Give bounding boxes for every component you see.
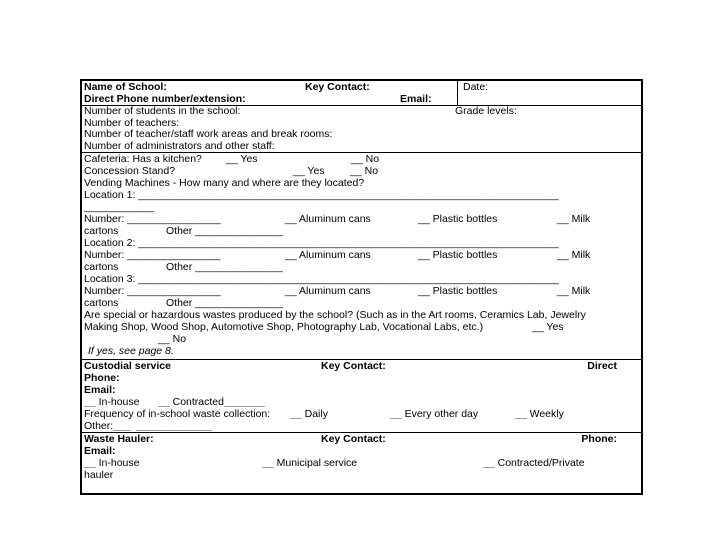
checkbox-blank[interactable]: __	[350, 165, 362, 177]
checkbox-blank[interactable]: __	[418, 285, 430, 297]
checkbox-blank[interactable]: __	[557, 249, 569, 261]
form-header-section: Name of School: Key Contact: Direct Phon…	[82, 81, 641, 105]
hazardous-no-option[interactable]: __ No	[158, 333, 186, 345]
number-label: Number:	[84, 249, 124, 261]
hauler-email-row: Email:	[82, 445, 641, 457]
inhouse-label: In-house	[99, 396, 140, 408]
other-option: Other _______________	[166, 261, 283, 273]
plastic-bottles-label: Plastic bottles	[433, 285, 498, 297]
concession-row: Concession Stand? __ Yes __ No	[82, 165, 641, 177]
yes-label: Yes	[240, 153, 257, 165]
location2-number-row: Number: ________________ __ Aluminum can…	[82, 249, 641, 261]
checkbox-blank[interactable]: __	[532, 321, 544, 333]
location1-blank-field[interactable]: ________________________________________…	[138, 189, 558, 201]
hauler-inhouse-option[interactable]: __ In-house	[84, 457, 139, 469]
milk-label: Milk	[572, 213, 591, 225]
plastic-bottles-option[interactable]: __ Plastic bottles	[418, 249, 497, 261]
teachers-label: Number of teachers:	[84, 117, 179, 129]
hauler-type-row: __ In-house __ Municipal service __ Cont…	[82, 457, 641, 469]
location3-label: Location 3:	[84, 273, 135, 285]
checkbox-blank[interactable]: __	[285, 285, 297, 297]
custodial-phone-label: Phone:	[84, 372, 120, 384]
concession-yes-option[interactable]: __ Yes	[293, 165, 325, 177]
checkbox-blank[interactable]: __	[557, 285, 569, 297]
aluminum-cans-label: Aluminum cans	[299, 213, 371, 225]
checkbox-blank[interactable]: __	[285, 249, 297, 261]
cartons-wrap-label: cartons	[84, 225, 118, 237]
checkbox-blank[interactable]: __	[285, 213, 297, 225]
custodial-key-contact-label: Key Contact:	[321, 360, 386, 372]
daily-option[interactable]: __ Daily	[290, 408, 328, 420]
checkbox-blank[interactable]: __	[515, 408, 527, 420]
custodial-email-row: Email:	[82, 384, 641, 396]
custodial-title: Custodial service	[84, 360, 171, 372]
milk-label: Milk	[572, 285, 591, 297]
contracted-private-option[interactable]: __ Contracted/Private	[483, 457, 585, 469]
custodial-title-row: Custodial service Key Contact: Direct	[82, 360, 641, 372]
hazardous-question-text: Are special or hazardous wastes produced…	[84, 309, 586, 321]
checkbox-blank[interactable]: __	[557, 213, 569, 225]
custodial-section: Custodial service Key Contact: Direct Ph…	[82, 359, 641, 432]
municipal-service-label: Municipal service	[277, 457, 358, 469]
number-blank-field[interactable]: ________________	[127, 285, 220, 297]
vending-question-row: Vending Machines - How many and where ar…	[82, 177, 641, 189]
no-label: No	[366, 153, 379, 165]
location1-label: Location 1:	[84, 189, 135, 201]
hauler-wrap-label: hauler	[84, 469, 113, 481]
plastic-bottles-option[interactable]: __ Plastic bottles	[418, 213, 497, 225]
yes-label: Yes	[307, 165, 324, 177]
waste-hauler-section: Waste Hauler: Key Contact: Phone: Email:…	[82, 432, 641, 493]
school-info-section: Number of students in the school: Grade …	[82, 105, 641, 152]
checkbox-blank[interactable]: __	[158, 396, 170, 408]
location2-row: Location 2: ____________________________…	[82, 237, 641, 249]
kitchen-question-label: Cafeteria: Has a kitchen?	[84, 153, 202, 165]
checkbox-blank[interactable]: __	[418, 249, 430, 261]
aluminum-cans-option[interactable]: __ Aluminum cans	[285, 249, 371, 261]
hazardous-question-text: Making Shop, Wood Shop, Automotive Shop,…	[84, 321, 483, 333]
custodial-inhouse-option[interactable]: __ In-house	[84, 396, 139, 408]
weekly-label: Weekly	[530, 408, 564, 420]
daily-label: Daily	[305, 408, 328, 420]
other-option: Other _______________	[166, 297, 283, 309]
every-other-day-option[interactable]: __ Every other day	[390, 408, 478, 420]
checkbox-blank[interactable]: __	[418, 213, 430, 225]
plastic-bottles-label: Plastic bottles	[433, 249, 498, 261]
location1-cartons-row: cartons Other _______________	[82, 225, 641, 237]
cartons-wrap-label: cartons	[84, 297, 118, 309]
checkbox-blank[interactable]: __	[483, 457, 495, 469]
slide-page: Name of School: Key Contact: Direct Phon…	[0, 0, 720, 540]
custodial-type-row: __ In-house __ Contracted_______	[82, 396, 641, 408]
custodial-email-label: Email:	[84, 384, 116, 396]
students-label: Number of students in the school:	[84, 105, 240, 117]
concession-no-option[interactable]: __ No	[350, 165, 378, 177]
hazardous-question-line1: Are special or hazardous wastes produced…	[82, 309, 641, 321]
checkbox-blank[interactable]: __	[262, 457, 274, 469]
hauler-phone-label: Phone:	[581, 433, 617, 445]
municipal-service-option[interactable]: __ Municipal service	[262, 457, 357, 469]
custodial-other-blank-field[interactable]: _____________	[136, 420, 212, 432]
location2-cartons-row: cartons Other _______________	[82, 261, 641, 273]
other-label: Other	[166, 261, 192, 273]
work-areas-label: Number of teacher/staff work areas and b…	[84, 128, 332, 140]
name-of-school-label: Name of School:	[84, 81, 167, 93]
custodial-other-label: Other:	[84, 420, 113, 432]
plastic-bottles-label: Plastic bottles	[433, 213, 498, 225]
vending-question-label: Vending Machines - How many and where ar…	[84, 177, 364, 189]
yes-label: Yes	[546, 321, 563, 333]
kitchen-no-option[interactable]: __ No	[351, 153, 379, 165]
other-option: Other _______________	[166, 225, 283, 237]
school-waste-audit-form: Name of School: Key Contact: Direct Phon…	[80, 79, 643, 495]
other-blank-field[interactable]: _______________	[195, 225, 283, 237]
other-checkbox-blank[interactable]: ___	[113, 420, 131, 432]
weekly-option[interactable]: __ Weekly	[515, 408, 564, 420]
grade-levels-label: Grade levels:	[455, 106, 517, 118]
custodial-contracted-option[interactable]: __ Contracted_______	[158, 396, 265, 408]
admins-label: Number of administrators and other staff…	[84, 140, 275, 152]
kitchen-row: Cafeteria: Has a kitchen? __ Yes __ No	[82, 153, 641, 165]
see-page-8-note: If yes, see page 8.	[88, 345, 174, 357]
custodial-direct-label: Direct	[587, 360, 617, 372]
inhouse-label: In-house	[99, 457, 140, 469]
checkbox-blank[interactable]: __	[84, 396, 96, 408]
no-label: No	[173, 333, 186, 345]
checkbox-blank[interactable]: __	[390, 408, 402, 420]
no-label: No	[365, 165, 378, 177]
location3-blank-field[interactable]: ________________________________________…	[138, 273, 558, 285]
location2-blank-field[interactable]: ________________________________________…	[138, 237, 558, 249]
kitchen-yes-option[interactable]: __ Yes	[226, 153, 258, 165]
number-blank-field[interactable]: ________________	[127, 249, 220, 261]
hazardous-yes-option[interactable]: __ Yes	[532, 321, 564, 333]
hauler-title: Waste Hauler:	[84, 433, 154, 445]
location1-continuation-row: ____________	[82, 201, 641, 213]
other-blank-field[interactable]: _______________	[195, 261, 283, 273]
location1-number-row: Number: ________________ __ Aluminum can…	[82, 213, 641, 225]
plastic-bottles-option[interactable]: __ Plastic bottles	[418, 285, 497, 297]
direct-phone-label: Direct Phone number/extension:	[84, 93, 246, 105]
checkbox-blank[interactable]: __	[226, 153, 238, 165]
hauler-key-contact-label: Key Contact:	[321, 433, 386, 445]
contracted-private-label: Contracted/Private	[498, 457, 585, 469]
checkbox-blank[interactable]: __	[84, 457, 96, 469]
every-other-day-label: Every other day	[405, 408, 479, 420]
checkbox-blank[interactable]: __	[290, 408, 302, 420]
location3-number-row: Number: ________________ __ Aluminum can…	[82, 285, 641, 297]
number-blank-field[interactable]: ________________	[127, 213, 220, 225]
other-blank-field[interactable]: _______________	[195, 297, 283, 309]
milk-cartons-option[interactable]: __ Milk	[557, 285, 590, 297]
custodial-phone-row: Phone:	[82, 372, 641, 384]
checkbox-blank[interactable]: __	[351, 153, 363, 165]
number-label: Number:	[84, 285, 124, 297]
aluminum-cans-option[interactable]: __ Aluminum cans	[285, 285, 371, 297]
date-label: Date:	[463, 81, 488, 93]
checkbox-blank[interactable]: __	[158, 333, 170, 345]
milk-label: Milk	[572, 249, 591, 261]
hazardous-question-line2: Making Shop, Wood Shop, Automotive Shop,…	[82, 321, 641, 333]
cartons-wrap-label: cartons	[84, 261, 118, 273]
facilities-section: Cafeteria: Has a kitchen? __ Yes __ No C…	[82, 152, 641, 359]
aluminum-cans-label: Aluminum cans	[299, 285, 371, 297]
admins-row: Number of administrators and other staff…	[82, 141, 641, 153]
hauler-title-row: Waste Hauler: Key Contact: Phone:	[82, 433, 641, 445]
key-contact-label: Key Contact:	[305, 81, 370, 93]
concession-question-label: Concession Stand?	[84, 165, 175, 177]
contracted-blank-field[interactable]: _______	[224, 396, 265, 408]
custodial-other-row: Other: ___ _____________	[82, 420, 641, 432]
location3-cartons-row: cartons Other _______________	[82, 297, 641, 309]
checkbox-blank[interactable]: __	[293, 165, 305, 177]
date-cell: Date:	[457, 81, 641, 105]
hazardous-note-row: If yes, see page 8.	[82, 345, 641, 357]
aluminum-cans-label: Aluminum cans	[299, 249, 371, 261]
number-label: Number:	[84, 213, 124, 225]
email-label: Email:	[400, 93, 432, 105]
hazardous-no-row: __ No	[82, 333, 641, 345]
other-label: Other	[166, 225, 192, 237]
milk-cartons-option[interactable]: __ Milk	[557, 213, 590, 225]
location2-label: Location 2:	[84, 237, 135, 249]
hauler-email-label: Email:	[84, 445, 116, 457]
milk-cartons-option[interactable]: __ Milk	[557, 249, 590, 261]
location1-row: Location 1: ____________________________…	[82, 189, 641, 201]
contracted-label: Contracted	[173, 396, 224, 408]
hauler-wrap-row: hauler	[82, 469, 641, 481]
location1-blank-continuation[interactable]: ____________	[84, 201, 154, 213]
other-label: Other	[166, 297, 192, 309]
frequency-row: Frequency of in-school waste collection:…	[82, 408, 641, 420]
frequency-label: Frequency of in-school waste collection:	[84, 408, 270, 420]
aluminum-cans-option[interactable]: __ Aluminum cans	[285, 213, 371, 225]
location3-row: Location 3: ____________________________…	[82, 273, 641, 285]
